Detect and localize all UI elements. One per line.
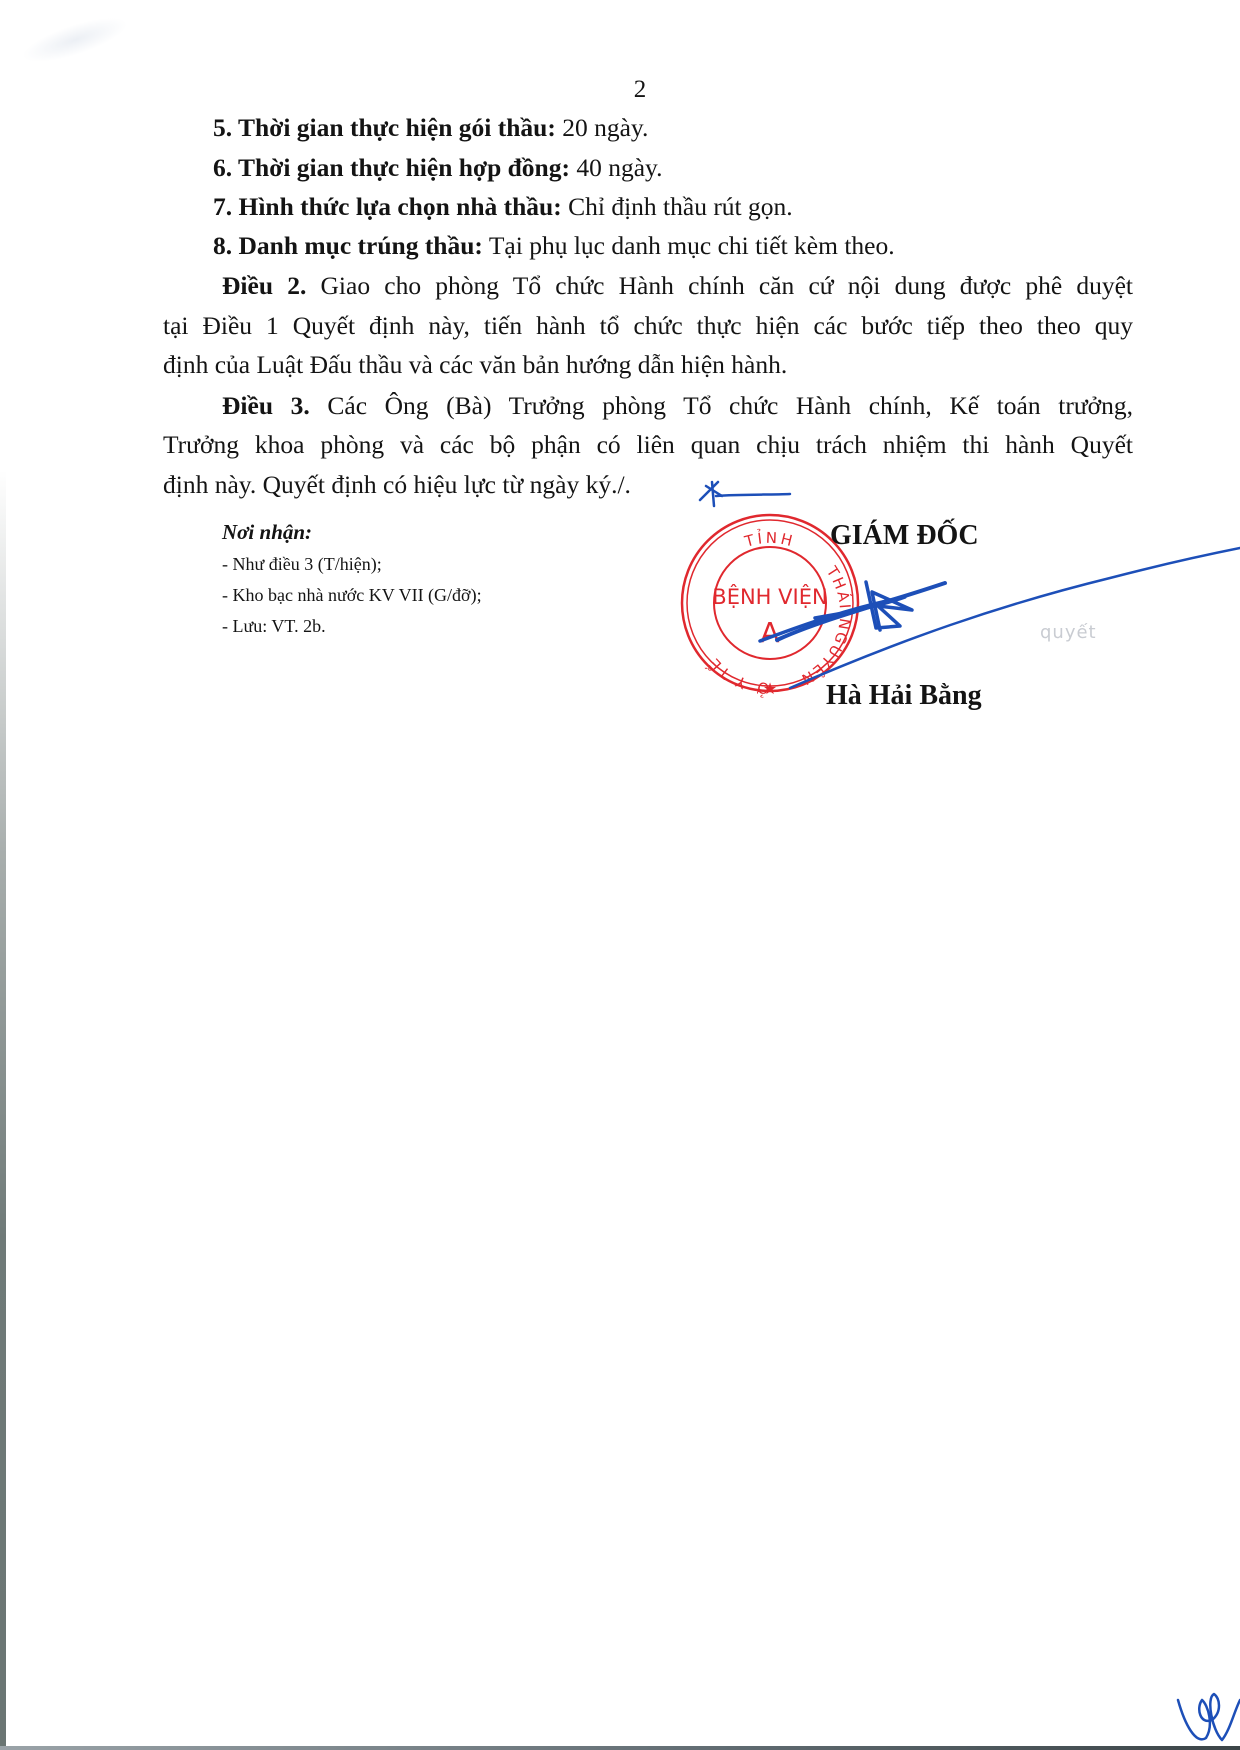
stamp-inner-ring xyxy=(714,547,826,659)
recipients-title: Nơi nhận: xyxy=(222,520,312,545)
scan-bottom-edge xyxy=(0,1746,1240,1750)
item-label: 5. Thời gian thực hiện gói thầu: xyxy=(213,113,556,142)
svg-text:TỈNH: TỈNH xyxy=(742,527,797,551)
official-stamp: SỞ Y TẾ TỈNH THÁI NGUYÊN BỆNH VIỆN A ★ xyxy=(0,0,1240,1750)
item-value: 40 ngày. xyxy=(570,153,663,182)
scan-left-edge xyxy=(0,470,6,1750)
signatory-name: Hà Hải Bằng xyxy=(826,680,982,712)
item-7: 7. Hình thức lựa chọn nhà thầu: Chỉ định… xyxy=(213,194,793,220)
stamp-hospital-letter: A xyxy=(760,616,779,649)
article-2-heading: Điều 2. xyxy=(222,271,306,300)
item-value: 20 ngày. xyxy=(556,113,649,142)
scan-smudge xyxy=(18,9,132,72)
item-value: Chỉ định thầu rút gọn. xyxy=(562,192,793,221)
recipient-item: - Kho bạc nhà nước KV VII (G/đỡ); xyxy=(222,585,482,606)
article-3-line-3: định này. Quyết định có hiệu lực từ ngày… xyxy=(163,472,1133,498)
item-label: 8. Danh mục trúng thầu: xyxy=(213,231,483,260)
signatory-title: GIÁM ĐỐC xyxy=(830,520,979,552)
article-3-text: Các Ông (Bà) Trưởng phòng Tổ chức Hành c… xyxy=(310,391,1133,420)
article-2-line-2: tại Điều 1 Quyết định này, tiến hành tổ … xyxy=(163,313,1133,339)
signature-tail xyxy=(790,548,1240,688)
signature-ink xyxy=(0,0,1240,1750)
article-2-line-3: định của Luật Đấu thầu và các văn bản hư… xyxy=(163,352,1133,378)
item-label: 6. Thời gian thực hiện hợp đồng: xyxy=(213,153,570,182)
stamp-hospital-name: BỆNH VIỆN xyxy=(712,584,827,609)
article-3-heading: Điều 3. xyxy=(222,391,310,420)
star-icon: ★ xyxy=(763,679,777,698)
faint-bleed-text: quyết xyxy=(1040,622,1097,643)
recipient-item: - Như điều 3 (T/hiện); xyxy=(222,554,382,575)
item-label: 7. Hình thức lựa chọn nhà thầu: xyxy=(213,192,562,221)
article-3-line-1: Điều 3. Các Ông (Bà) Trưởng phòng Tổ chứ… xyxy=(222,393,1133,419)
item-8: 8. Danh mục trúng thầu: Tại phụ lục danh… xyxy=(213,233,895,259)
article-2-text: Giao cho phòng Tổ chức Hành chính căn cứ… xyxy=(306,271,1133,300)
svg-text:THÁI NGUYÊN: THÁI NGUYÊN xyxy=(797,562,855,689)
item-6: 6. Thời gian thực hiện hợp đồng: 40 ngày… xyxy=(213,155,663,181)
article-2-line-1: Điều 2. Giao cho phòng Tổ chức Hành chín… xyxy=(222,273,1133,299)
item-value: Tại phụ lục danh mục chi tiết kèm theo. xyxy=(483,231,895,260)
page-number: 2 xyxy=(0,76,1240,104)
recipient-item: - Lưu: VT. 2b. xyxy=(222,616,326,637)
article-3-line-2: Trưởng khoa phòng và các bộ phận có liên… xyxy=(163,432,1133,458)
item-5: 5. Thời gian thực hiện gói thầu: 20 ngày… xyxy=(213,115,648,141)
page-initials-mark xyxy=(1178,1694,1240,1740)
